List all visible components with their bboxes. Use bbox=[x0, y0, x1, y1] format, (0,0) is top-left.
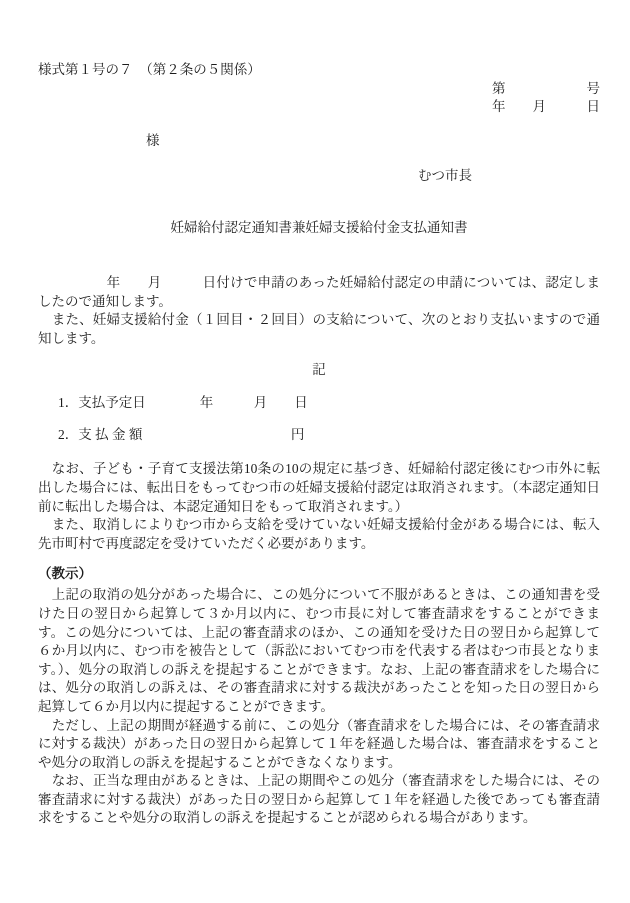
note-paragraph-2: また、取消しによりむつ市から支給を受けていない妊婦支援給付金がある場合には、転入… bbox=[38, 516, 600, 553]
addressee-line: 様 bbox=[38, 133, 600, 149]
payment-amount-item: 2．支 払 金 額 円 bbox=[38, 427, 600, 443]
form-number: 様式第１号の７ （第２条の５関係） bbox=[38, 62, 600, 78]
document-title: 妊婦給付認定通知書兼妊婦支援給付金支払通知書 bbox=[38, 220, 600, 236]
ki-label: 記 bbox=[38, 362, 600, 378]
greeting-paragraph-2: また、妊婦支援給付金（１回目・２回目）の支給について、次のとおり支払いますので通… bbox=[38, 311, 600, 348]
kyouji-paragraph-2: ただし、上記の期間が経過する前に、この処分（審査請求をした場合には、その審査請求… bbox=[38, 717, 600, 773]
note-paragraph-1: なお、子ども・子育て支援法第10条の10の規定に基づき、妊婦給付認定後にむつ市外… bbox=[38, 460, 600, 516]
kyouji-paragraph-3: なお、正当な理由があるときは、上記の期間やこの処分（審査請求をした場合には、その… bbox=[38, 772, 600, 828]
doc-number-line: 第 号 bbox=[38, 80, 600, 98]
greeting-paragraph-1: 年 月 日付けで申請のあった妊婦給付認定の申請については、認定しましたので通知し… bbox=[38, 274, 600, 311]
kyouji-paragraph-1: 上記の取消の処分があった場合に、この処分について不服があるときは、この通知書を受… bbox=[38, 586, 600, 716]
doc-date-line: 年 月 日 bbox=[38, 98, 600, 116]
doc-meta-block: 第 号 年 月 日 bbox=[38, 80, 600, 116]
document-page: 様式第１号の７ （第２条の５関係） 第 号 年 月 日 様 むつ市長 妊婦給付認… bbox=[0, 0, 630, 903]
sender-name: むつ市長 bbox=[38, 168, 600, 184]
kyouji-heading: （教示） bbox=[38, 566, 600, 582]
payment-date-item: 1．支払予定日 年 月 日 bbox=[38, 395, 600, 411]
